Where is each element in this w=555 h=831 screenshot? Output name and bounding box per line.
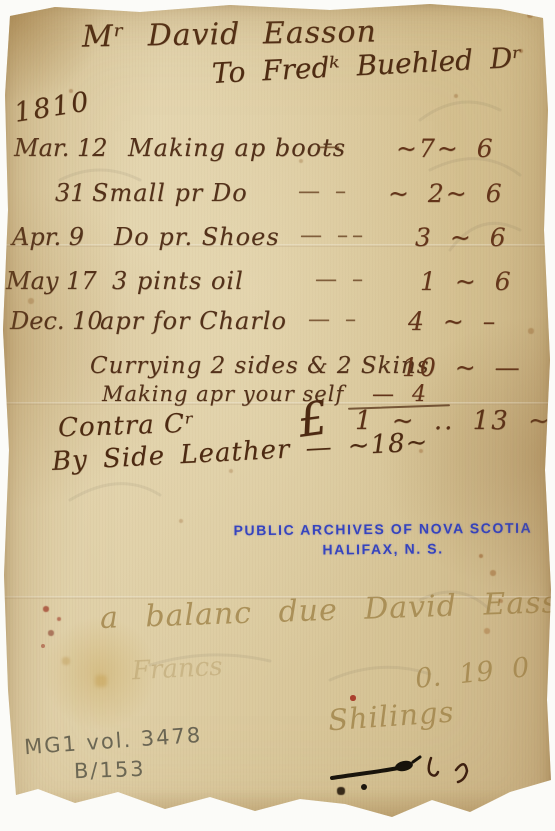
entry-dashes: — – [308, 309, 360, 331]
entry-amount: — 4 [372, 384, 428, 406]
entry-description: Small pr Do [92, 181, 248, 205]
faint-word: Francs [131, 654, 223, 685]
entry-dashes: — – [315, 269, 367, 291]
balance-amount: 0. 19 0 [414, 654, 531, 693]
entry-date: 31 [55, 181, 86, 205]
balance-unit: Shilings [327, 698, 455, 736]
entry-amount: 3 ~ 6 [415, 225, 508, 250]
entry-amount: 10 ~ — [402, 355, 522, 380]
contra-credit-label: Contra Cʳ [58, 411, 196, 442]
entry-amount: 1 ~ 6 [420, 269, 513, 294]
entry-dashes: — –– [300, 225, 367, 247]
entry-description: 3 pints oil [112, 269, 244, 293]
entry-date: Apr. 9 [12, 225, 84, 249]
entry-description: Making ap boots [128, 136, 346, 160]
entry-dashes: — [318, 136, 344, 158]
balance-note: a balanc due David Easson [99, 587, 555, 634]
entry-amount: ~7~ 6 [396, 136, 495, 161]
archive-reference-line-2: B/153 [74, 757, 146, 783]
foxing-spots [0, 0, 2, 2]
scanned-document: Mʳ David Easson To Fredᵏ Buehled Dʳ 1810… [0, 0, 555, 831]
entry-date: Mar. 12 [14, 136, 108, 160]
entry-amount: ~ 2~ 6 [388, 181, 504, 206]
entry-dashes: — – [298, 181, 350, 203]
archive-reference-line-1: MG1 vol. 3478 [23, 723, 203, 759]
addressee-line: Mʳ David Easson [82, 17, 377, 52]
entry-date: May 17 [6, 269, 97, 293]
entry-description: Currying 2 sides & 2 Skins [90, 355, 430, 378]
entry-description: apr for Charlo [100, 309, 287, 333]
archive-stamp: PUBLIC ARCHIVES OF NOVA SCOTIA HALIFAX, … [228, 521, 538, 558]
entry-amount: 4 ~ – [408, 309, 497, 334]
stamp-line-2: HALIFAX, N. S. [228, 541, 538, 558]
manuscript-paper: Mʳ David Easson To Fredᵏ Buehled Dʳ 1810… [0, 0, 555, 831]
entry-description: Do pr. Shoes [114, 225, 280, 249]
ink-scribble [318, 748, 488, 798]
year-label: 1810 [12, 88, 92, 127]
stamp-line-1: PUBLIC ARCHIVES OF NOVA SCOTIA [228, 521, 538, 538]
entry-date: Dec. 10 [10, 309, 103, 333]
